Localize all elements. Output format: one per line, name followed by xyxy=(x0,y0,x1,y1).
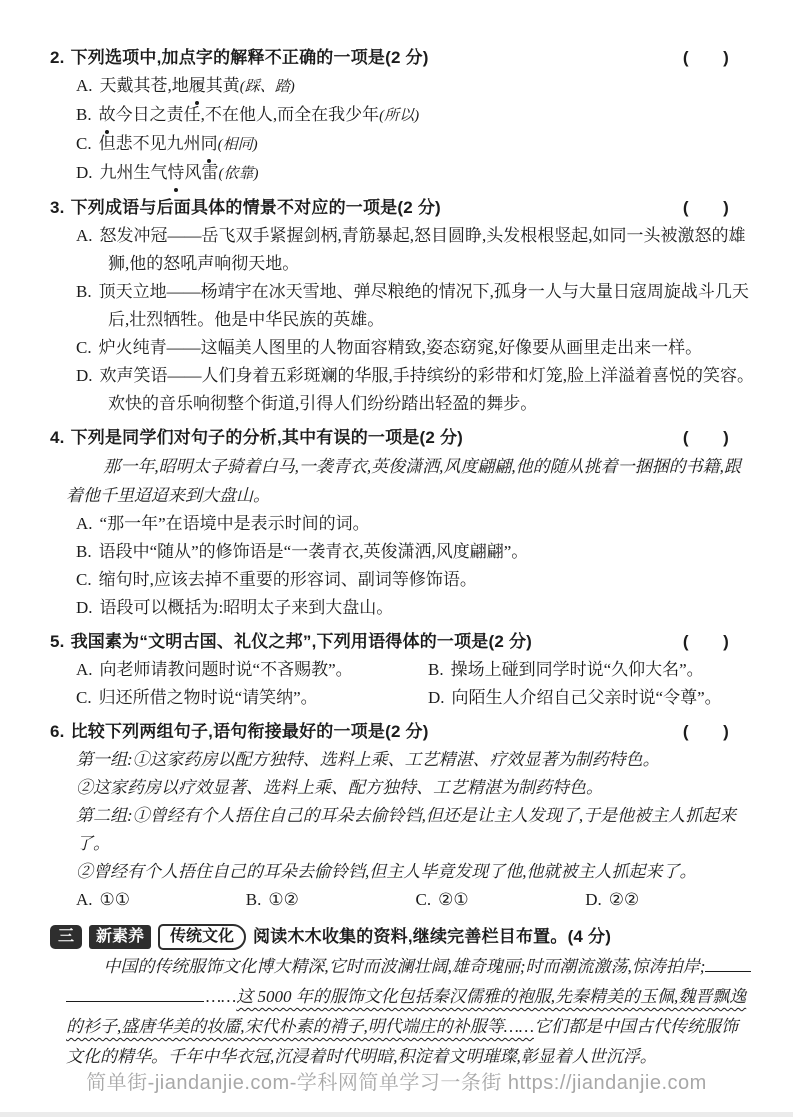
option-note: (相同) xyxy=(218,137,258,153)
question-2-stem: 2.下列选项中,加点字的解释不正确的一项是(2 分) ( ) xyxy=(50,44,755,72)
question-5-options-row-1: A.向老师请教问题时说“不吝赐教”。 B.操场上碰到同学时说“久仰大名”。 xyxy=(76,656,755,684)
question-5-option-b: B.操场上碰到同学时说“久仰大名”。 xyxy=(428,656,704,684)
question-6: 6.比较下列两组句子,语句衔接最好的一项是(2 分) ( ) 第一组:①这家药房… xyxy=(50,718,755,914)
question-number: 4. xyxy=(50,428,65,447)
emphasis-dot-char: 故 xyxy=(99,101,116,129)
question-5-option-a: A.向老师请教问题时说“不吝赐教”。 xyxy=(76,656,428,684)
question-stem-text: 下列选项中,加点字的解释不正确的一项是(2 分) xyxy=(71,48,429,67)
question-2-option-c: C.但悲不见九州同(相同) xyxy=(76,130,755,159)
option-text: 顶天立地——杨靖宇在冰天雪地、弹尽粮绝的情况下,孤身一人与大量日寇周旋战斗几天后… xyxy=(99,282,749,329)
option-text: 炉火纯青——这幅美人图里的人物面容精致,姿态窈窕,好像要从画里走出来一样。 xyxy=(99,338,703,357)
option-text: “那一年”在语境中是表示时间的词。 xyxy=(100,514,370,533)
option-label: C. xyxy=(76,688,92,707)
exam-content: 2.下列选项中,加点字的解释不正确的一项是(2 分) ( ) A.天戴其苍,地履… xyxy=(0,0,793,1072)
answer-brackets: ( ) xyxy=(683,628,729,656)
option-label: B. xyxy=(76,105,92,124)
question-6-stem: 6.比较下列两组句子,语句衔接最好的一项是(2 分) ( ) xyxy=(50,718,755,746)
question-4-option-b: B.语段中“随从”的修饰语是“一袭青衣,英俊潇洒,风度翩翩”。 xyxy=(76,538,755,566)
option-text-post: 风雷 xyxy=(185,163,219,182)
question-6-group2-sentence2: ②曾经有个人捂住自己的耳朵去偷铃铛,但主人毕竟发现了他,他就被主人抓起来了。 xyxy=(76,858,755,886)
exam-paper-page: 2.下列选项中,加点字的解释不正确的一项是(2 分) ( ) A.天戴其苍,地履… xyxy=(0,0,793,1120)
option-text: 向老师请教问题时说“不吝赐教”。 xyxy=(100,660,353,679)
question-3-option-a: A.怒发冲冠——岳飞双手紧握剑柄,青筋暴起,怒目圆睁,头发根根竖起,如同一头被激… xyxy=(76,222,755,278)
option-text: 操场上碰到同学时说“久仰大名”。 xyxy=(451,660,704,679)
passage-text-wavy-underlined: 这 5000 年的服饰文化包括秦汉儒雅的袍服,先秦精美的玉佩,魏晋飘逸 xyxy=(236,987,746,1006)
question-2: 2.下列选项中,加点字的解释不正确的一项是(2 分) ( ) A.天戴其苍,地履… xyxy=(50,44,755,188)
answer-brackets: ( ) xyxy=(683,194,729,222)
option-text: ①① xyxy=(100,890,130,909)
section-3-heading: 三 新素养 传统文化 阅读木木收集的资料,继续完善栏目布置。(4 分) xyxy=(50,922,755,952)
question-4-passage: 那一年,昭明太子骑着白马,一袭青衣,英俊潇洒,风度翩翩,他的随从挑着一捆捆的书籍… xyxy=(66,452,755,510)
option-label: B. xyxy=(246,890,262,909)
question-4-stem: 4.下列是同学们对句子的分析,其中有误的一项是(2 分) ( ) xyxy=(50,424,755,452)
question-4-option-c: C.缩句时,应该去掉不重要的形容词、副词等修饰语。 xyxy=(76,566,755,594)
question-2-option-b: B.故今日之责任,不在他人,而全在我少年(所以) xyxy=(76,101,755,130)
question-3-option-d: D.欢声笑语——人们身着五彩斑斓的华服,手持缤纷的彩带和灯笼,脸上洋溢着喜悦的笑… xyxy=(76,362,755,418)
option-label: B. xyxy=(76,282,92,301)
passage-text-wavy-underlined: 的衫子,盛唐华美的妆靥,宋代朴素的褙子,明代端庄的补服等…… xyxy=(66,1017,534,1036)
option-text: 语段可以概括为:昭明太子来到大盘山。 xyxy=(100,598,394,617)
option-note: (踩、踏) xyxy=(240,79,295,95)
question-6-option-a: A.①① xyxy=(76,886,246,914)
option-label: B. xyxy=(428,660,444,679)
option-note: (所以) xyxy=(379,108,419,124)
answer-brackets: ( ) xyxy=(683,424,729,452)
option-label: C. xyxy=(76,338,92,357)
question-5-option-d: D.向陌生人介绍自己父亲时说“令尊”。 xyxy=(428,684,722,712)
question-number: 5. xyxy=(50,632,65,651)
question-3-stem: 3.下列成语与后面具体的情景不对应的一项是(2 分) ( ) xyxy=(50,194,755,222)
question-number: 6. xyxy=(50,722,65,741)
option-text-post: 其黄 xyxy=(206,76,240,95)
question-5: 5.我国素为“文明古国、礼仪之邦”,下列用语得体的一项是(2 分) ( ) A.… xyxy=(50,628,755,712)
question-3-option-b: B.顶天立地——杨靖宇在冰天雪地、弹尽粮绝的情况下,孤身一人与大量日寇周旋战斗几… xyxy=(76,278,755,334)
option-label: C. xyxy=(76,134,92,153)
fill-blank-long xyxy=(66,986,204,1002)
question-6-option-b: B.①② xyxy=(246,886,416,914)
option-label: D. xyxy=(76,598,93,617)
question-5-option-c: C.归还所借之物时说“请笑纳”。 xyxy=(76,684,428,712)
question-4-option-a: A.“那一年”在语境中是表示时间的词。 xyxy=(76,510,755,538)
question-4-option-d: D.语段可以概括为:昭明太子来到大盘山。 xyxy=(76,594,755,622)
emphasis-dot-char: 同 xyxy=(201,130,218,158)
question-number: 2. xyxy=(50,48,65,67)
option-text: 欢声笑语——人们身着五彩斑斓的华服,手持缤纷的彩带和灯笼,脸上洋溢着喜悦的笑容。… xyxy=(100,366,755,413)
section-number-badge: 三 xyxy=(50,925,82,949)
option-text: ①② xyxy=(268,890,298,909)
question-stem-text: 比较下列两组句子,语句衔接最好的一项是(2 分) xyxy=(71,722,429,741)
option-text: ②① xyxy=(438,890,468,909)
question-2-option-a: A.天戴其苍,地履其黄(踩、踏) xyxy=(76,72,755,101)
page-bottom-divider xyxy=(0,1112,793,1117)
passage-text: 中国的传统服饰文化博大精深,它时而波澜壮阔,雄奇瑰丽;时而潮流激荡,惊涛拍岸; xyxy=(103,957,705,976)
question-5-options-row-2: C.归还所借之物时说“请笑纳”。 D.向陌生人介绍自己父亲时说“令尊”。 xyxy=(76,684,755,712)
question-2-option-d: D.九州生气恃风雷(依靠) xyxy=(76,159,755,188)
emphasis-dot-char: 履 xyxy=(189,72,206,100)
watermark-text: 简单街-jiandanjie.com-学科网简单学习一条街 https://ji… xyxy=(0,1066,793,1095)
section-3: 三 新素养 传统文化 阅读木木收集的资料,继续完善栏目布置。(4 分) 中国的传… xyxy=(50,922,755,1072)
traditional-culture-badge: 传统文化 xyxy=(158,924,246,950)
question-3: 3.下列成语与后面具体的情景不对应的一项是(2 分) ( ) A.怒发冲冠——岳… xyxy=(50,194,755,418)
fill-blank-short xyxy=(705,956,751,972)
option-text-pre: 天戴其苍,地 xyxy=(100,76,189,95)
question-5-stem: 5.我国素为“文明古国、礼仪之邦”,下列用语得体的一项是(2 分) ( ) xyxy=(50,628,755,656)
option-label: A. xyxy=(76,890,93,909)
option-label: D. xyxy=(585,890,602,909)
option-note: (依靠) xyxy=(219,166,259,182)
option-text-pre: 但悲不见九州 xyxy=(99,134,201,153)
section-title: 阅读木木收集的资料,继续完善栏目布置。(4 分) xyxy=(253,922,611,952)
question-6-group1-sentence2: ②这家药房以疗效显著、选料上乘、配方独特、工艺精湛为制药特色。 xyxy=(76,774,755,802)
question-6-group2-sentence1: 第二组:①曾经有个人捂住自己的耳朵去偷铃铛,但还是让主人发现了,于是他被主人抓起… xyxy=(76,802,755,858)
question-3-option-c: C.炉火纯青——这幅美人图里的人物面容精致,姿态窈窕,好像要从画里走出来一样。 xyxy=(76,334,755,362)
answer-brackets: ( ) xyxy=(683,718,729,746)
question-stem-text: 我国素为“文明古国、礼仪之邦”,下列用语得体的一项是(2 分) xyxy=(71,632,532,651)
question-stem-text: 下列是同学们对句子的分析,其中有误的一项是(2 分) xyxy=(71,428,463,447)
passage-ellipsis: …… xyxy=(206,987,236,1006)
option-text: 向陌生人介绍自己父亲时说“令尊”。 xyxy=(452,688,722,707)
option-text: ②② xyxy=(609,890,639,909)
option-label: D. xyxy=(76,163,93,182)
option-text: 怒发冲冠——岳飞双手紧握剑柄,青筋暴起,怒目圆睁,头发根根竖起,如同一头被激怒的… xyxy=(100,226,746,273)
question-6-options-row: A.①① B.①② C.②① D.②② xyxy=(76,886,755,914)
question-4: 4.下列是同学们对句子的分析,其中有误的一项是(2 分) ( ) 那一年,昭明太… xyxy=(50,424,755,622)
emphasis-dot-char: 恃 xyxy=(168,159,185,187)
option-text-post: 今日之责任,不在他人,而全在我少年 xyxy=(116,105,380,124)
option-label: D. xyxy=(76,366,93,385)
option-label: B. xyxy=(76,542,92,561)
option-label: A. xyxy=(76,660,93,679)
question-6-group1-sentence1: 第一组:①这家药房以配方独特、选料上乘、工艺精湛、疗效显著为制药特色。 xyxy=(76,746,755,774)
option-text-pre: 九州生气 xyxy=(100,163,168,182)
option-label: D. xyxy=(428,688,445,707)
option-label: C. xyxy=(416,890,432,909)
option-text: 归还所借之物时说“请笑纳”。 xyxy=(99,688,318,707)
option-label: A. xyxy=(76,76,93,95)
answer-brackets: ( ) xyxy=(683,44,729,72)
question-stem-text: 下列成语与后面具体的情景不对应的一项是(2 分) xyxy=(71,198,441,217)
question-number: 3. xyxy=(50,198,65,217)
question-6-option-d: D.②② xyxy=(585,886,755,914)
passage-line-3: 的衫子,盛唐华美的妆靥,宋代朴素的褙子,明代端庄的补服等……它们都是中国古代传统… xyxy=(66,1012,755,1042)
option-label: A. xyxy=(76,226,93,245)
option-text: 缩句时,应该去掉不重要的形容词、副词等修饰语。 xyxy=(99,570,477,589)
question-6-option-c: C.②① xyxy=(416,886,586,914)
option-text: 语段中“随从”的修饰语是“一袭青衣,英俊潇洒,风度翩翩”。 xyxy=(99,542,529,561)
option-label: A. xyxy=(76,514,93,533)
option-label: C. xyxy=(76,570,92,589)
passage-line-1: 中国的传统服饰文化博大精深,它时而波澜壮阔,雄奇瑰丽;时而潮流激荡,惊涛拍岸; xyxy=(66,952,755,982)
passage-text: 它们都是中国古代传统服饰 xyxy=(534,1017,738,1036)
new-literacy-badge: 新素养 xyxy=(89,925,151,949)
passage-line-2: ……这 5000 年的服饰文化包括秦汉儒雅的袍服,先秦精美的玉佩,魏晋飘逸 xyxy=(66,982,755,1012)
